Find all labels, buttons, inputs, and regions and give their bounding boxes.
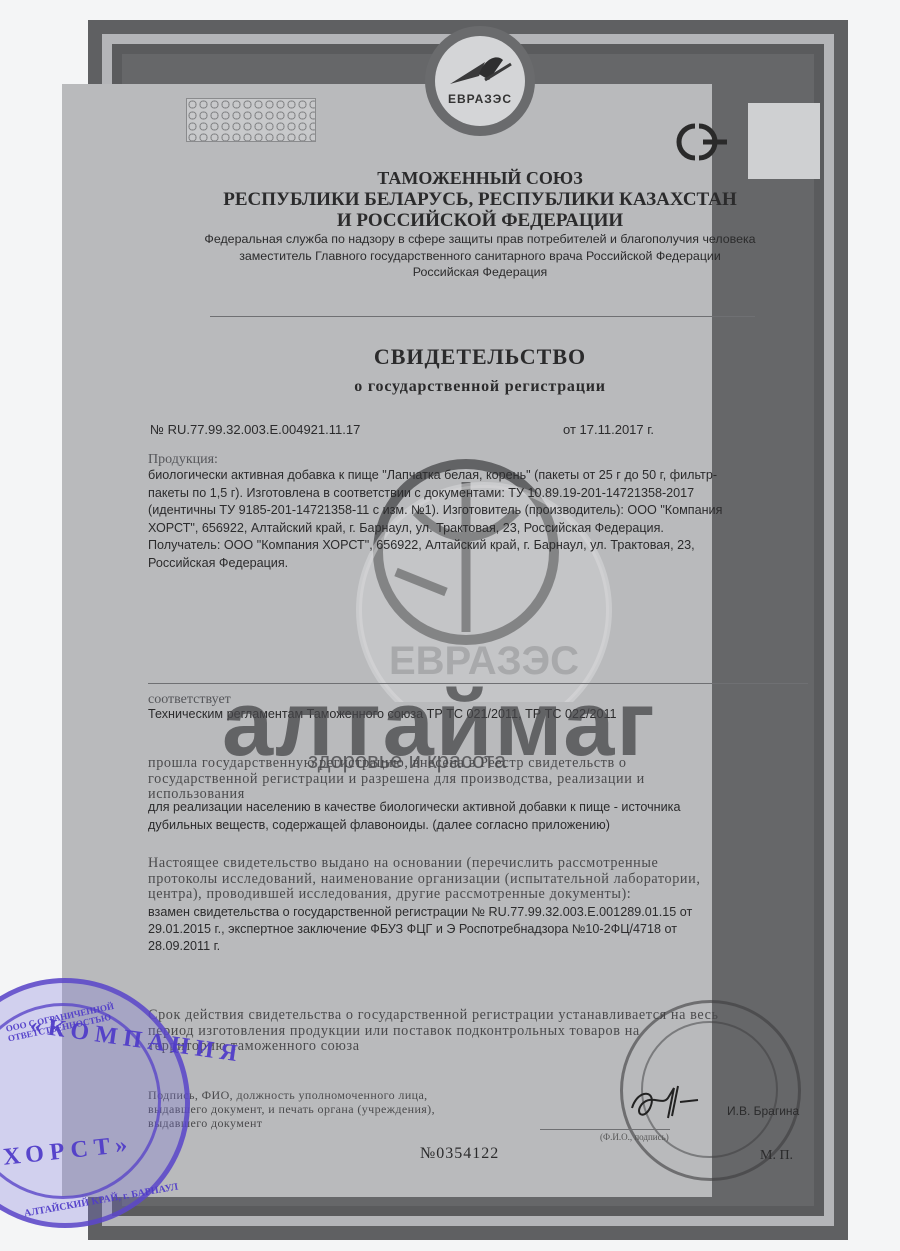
number-prefix: № <box>150 422 164 437</box>
header-line-3: И РОССИЙСКОЙ ФЕДЕРАЦИИ <box>150 210 810 232</box>
signature-icon <box>628 1078 718 1128</box>
country: Российская Федерация <box>150 265 810 279</box>
logo-text: ЕВРАЗЭС <box>435 92 525 106</box>
basis-document-line: 28.09.2011 г. <box>148 938 692 955</box>
product-line: Российская Федерация. <box>148 555 722 573</box>
basis-section: Настоящее свидетельство выдано на основа… <box>148 856 810 903</box>
basis-line: Настоящее свидетельство выдано на основа… <box>148 856 810 872</box>
document-title: СВИДЕТЕЛЬСТВО <box>150 344 810 370</box>
divider <box>210 316 755 317</box>
issuer-position: заместитель Главного государственного са… <box>150 249 810 263</box>
date-prefix: от <box>563 422 576 437</box>
security-pattern <box>186 98 316 142</box>
watermark-tagline: здоровье и красота <box>308 748 506 774</box>
usage-section: для реализации населению в качестве биол… <box>148 799 680 834</box>
usage-line: для реализации населению в качестве биол… <box>148 799 680 817</box>
certificate-number: № RU.77.99.32.003.E.004921.11.17 <box>150 422 360 437</box>
document-subtitle: о государственной регистрации <box>150 378 810 396</box>
basis-line: протоколы исследований, наименование орг… <box>148 872 810 888</box>
usage-line: дубильных веществ, содержащей флавоноиды… <box>148 817 680 835</box>
signature-line <box>540 1129 670 1130</box>
header-line-2: РЕСПУБЛИКИ БЕЛАРУСЬ, РЕСПУБЛИКИ КАЗАХСТА… <box>150 189 810 211</box>
certificate-date: от 17.11.2017 г. <box>563 422 654 437</box>
basis-document-line: взамен свидетельства о государственной р… <box>148 904 692 921</box>
signature-caption: Подпись, ФИО, должность уполномоченного … <box>148 1088 435 1130</box>
basis-line: центра), проводившей исследования, други… <box>148 887 810 903</box>
evrazes-emblem-icon <box>445 50 515 90</box>
signatory-name: И.В. Брагина <box>727 1104 799 1118</box>
header-line-1: ТАМОЖЕННЫЙ СОЮЗ <box>150 168 810 189</box>
product-line: биологически активная добавка к пище "Ла… <box>148 467 722 485</box>
product-line: Получатель: ООО "Компания ХОРСТ", 656922… <box>148 537 722 555</box>
fio-caption: (Ф.И.О., подпись) <box>600 1132 669 1142</box>
product-line: ХОРСТ", 656922, Алтайский край, г. Барна… <box>148 520 722 538</box>
number-value: RU.77.99.32.003.E.004921.11.17 <box>168 422 361 437</box>
product-label: Продукция: <box>148 454 722 466</box>
basis-documents: взамен свидетельства о государственной р… <box>148 904 692 955</box>
form-number: №0354122 <box>420 1145 499 1163</box>
date-value: 17.11.2017 г. <box>580 422 654 437</box>
stamp-place: М. П. <box>760 1148 793 1164</box>
evrazes-logo: ЕВРАЗЭС <box>425 26 535 136</box>
product-line: пакеты по 1,5 г). Изготовлена в соответс… <box>148 485 722 503</box>
product-line: (идентичны ТУ 9185-201-14721358-11 с изм… <box>148 502 722 520</box>
agency-name: Федеральная служба по надзору в сфере за… <box>150 232 810 246</box>
basis-document-line: 29.01.2015 г., экспертное заключение ФБУ… <box>148 921 692 938</box>
product-section: Продукция: биологически активная добавка… <box>148 454 722 572</box>
